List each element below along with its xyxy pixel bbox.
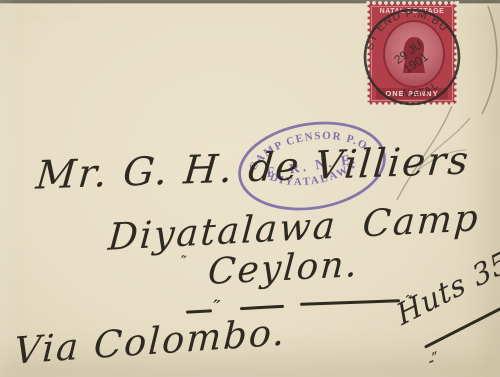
ditto-dash [300,299,400,305]
postmark-colony-text: NATAL [399,78,443,104]
route-note: Via Colombo. [13,310,287,372]
ditto-dash [240,305,284,310]
svg-text:NATAL: NATAL [399,78,443,104]
partial-postmark-arc [482,6,497,114]
address-line-3: Ceylon. [207,244,361,293]
circular-datestamp: WEST END P.M.BURG NATAL 29 JU 1901 [350,0,480,122]
ditto-dash [186,309,212,313]
huts-ditto-mark: -″ [425,348,444,371]
envelope-photo: NATAL POSTAGE ONE PENNY WEST END P.M.BUR… [0,0,500,377]
